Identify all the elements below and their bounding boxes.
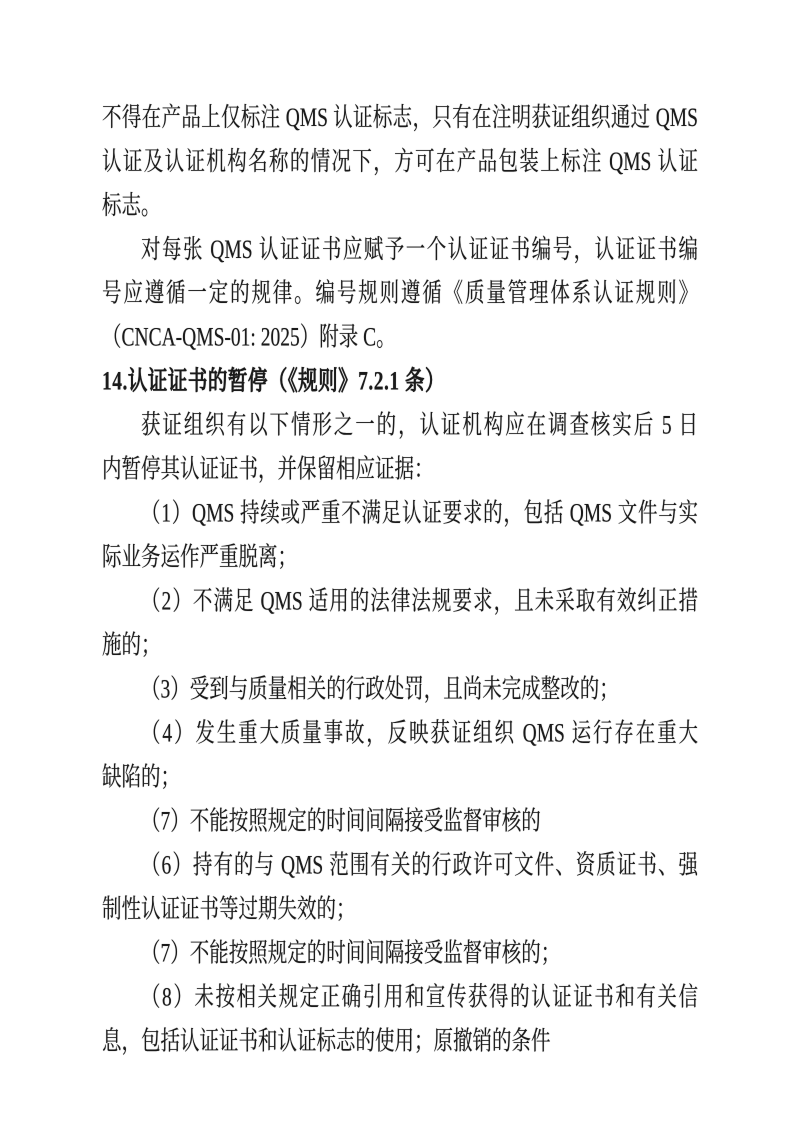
document-content: 不得在产品上仅标注 QMS 认证标志，只有在注明获证组织通过 QMS认证及认证机… (102, 97, 698, 1065)
paragraph: （4）发生重大质量事故，反映获证组织 QMS 运行存在重大缺陷的； (102, 713, 698, 801)
document-page: 不得在产品上仅标注 QMS 认证标志，只有在注明获证组织通过 QMS认证及认证机… (0, 0, 794, 1123)
paragraph: 不得在产品上仅标注 QMS 认证标志，只有在注明获证组织通过 QMS认证及认证机… (102, 97, 698, 229)
paragraph: 获证组织有以下情形之一的，认证机构应在调查核实后 5 日内暂停其认证证书，并保留… (102, 405, 698, 493)
paragraph: （6）持有的与 QMS 范围有关的行政许可文件、资质证书、强制性认证证书等过期失… (102, 845, 698, 933)
paragraph: （1）QMS 持续或严重不满足认证要求的，包括 QMS 文件与实际业务运作严重脱… (102, 493, 698, 581)
paragraph: （8）未按相关规定正确引用和宣传获得的认证证书和有关信息，包括认证证书和认证标志… (102, 977, 698, 1065)
paragraph: （2）不满足 QMS 适用的法律法规要求，且未采取有效纠正措施的； (102, 581, 698, 669)
text-line: 息，包括认证证书和认证标志的使用；原撤销的条件 (102, 1013, 698, 1072)
paragraph: 对每张 QMS 认证证书应赋予一个认证证书编号，认证证书编号应遵循一定的规律。编… (102, 229, 698, 361)
